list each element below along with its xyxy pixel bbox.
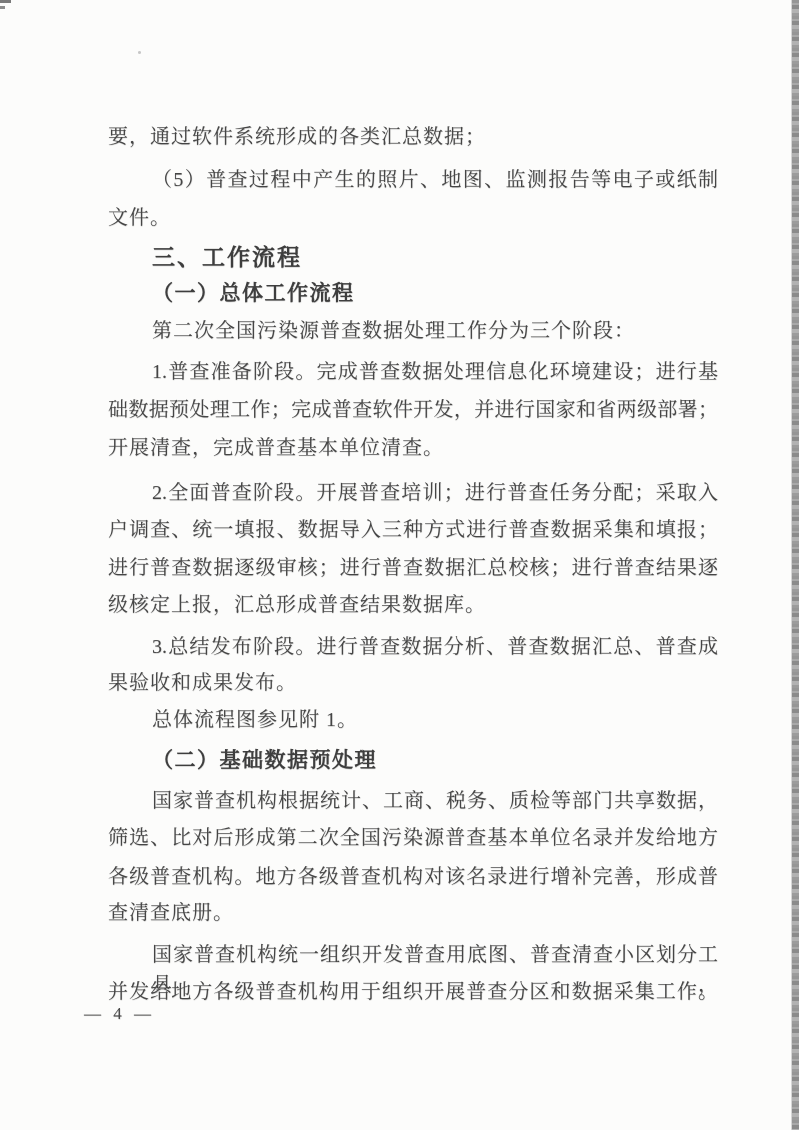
text-line: 果验收和成果发布。 <box>108 668 718 698</box>
text-line: 各级普查机构。地方各级普查机构对该名录进行增补完善，形成普 <box>108 862 718 892</box>
text-line: （一）总体工作流程 <box>108 278 718 308</box>
text-line: 2.全面普查阶段。开展普查培训；进行普查任务分配；采取入 <box>108 478 718 508</box>
page-number: — 4 — <box>84 1004 155 1024</box>
text-line: 三、工作流程 <box>108 242 718 272</box>
text-line: （二）基础数据预处理 <box>108 745 718 775</box>
page-text: 要，通过软件系统形成的各类汇总数据；（5）普查过程中产生的照片、地图、监测报告等… <box>0 0 799 1130</box>
text-line: （5）普查过程中产生的照片、地图、监测报告等电子或纸制 <box>108 165 718 195</box>
text-line: 级核定上报，汇总形成普查结果数据库。 <box>108 590 718 620</box>
text-line: 并发给地方各级普查机构用于组织开展普查分区和数据采集工作。 <box>108 977 718 1007</box>
text-line: 3.总结发布阶段。进行普查数据分析、普查数据汇总、普查成 <box>108 632 718 662</box>
text-line: 第二次全国污染源普查数据处理工作分为三个阶段： <box>108 316 718 346</box>
text-line: 要，通过软件系统形成的各类汇总数据； <box>108 122 718 152</box>
scan-edge-shadow <box>791 0 799 1130</box>
text-line: 查清查底册。 <box>108 898 718 928</box>
text-line: 文件。 <box>108 203 718 233</box>
text-line: 础数据预处理工作；完成普查软件开发，并进行国家和省两级部署； <box>108 395 718 425</box>
text-line: 总体流程图参见附 1。 <box>108 705 718 735</box>
text-line: 进行普查数据逐级审核；进行普查数据汇总校核；进行普查结果逐 <box>108 553 718 583</box>
text-line: 国家普查机构根据统计、工商、税务、质检等部门共享数据， <box>108 786 718 816</box>
text-line: 户调查、统一填报、数据导入三种方式进行普查数据采集和填报； <box>108 515 718 545</box>
text-line: 开展清查，完成普查基本单位清查。 <box>108 433 718 463</box>
text-line: 筛选、比对后形成第二次全国污染源普查基本单位名录并发给地方 <box>108 823 718 853</box>
text-line: 1.普查准备阶段。完成普查数据处理信息化环境建设；进行基 <box>108 357 718 387</box>
document-page: 要，通过软件系统形成的各类汇总数据；（5）普查过程中产生的照片、地图、监测报告等… <box>0 0 799 1130</box>
